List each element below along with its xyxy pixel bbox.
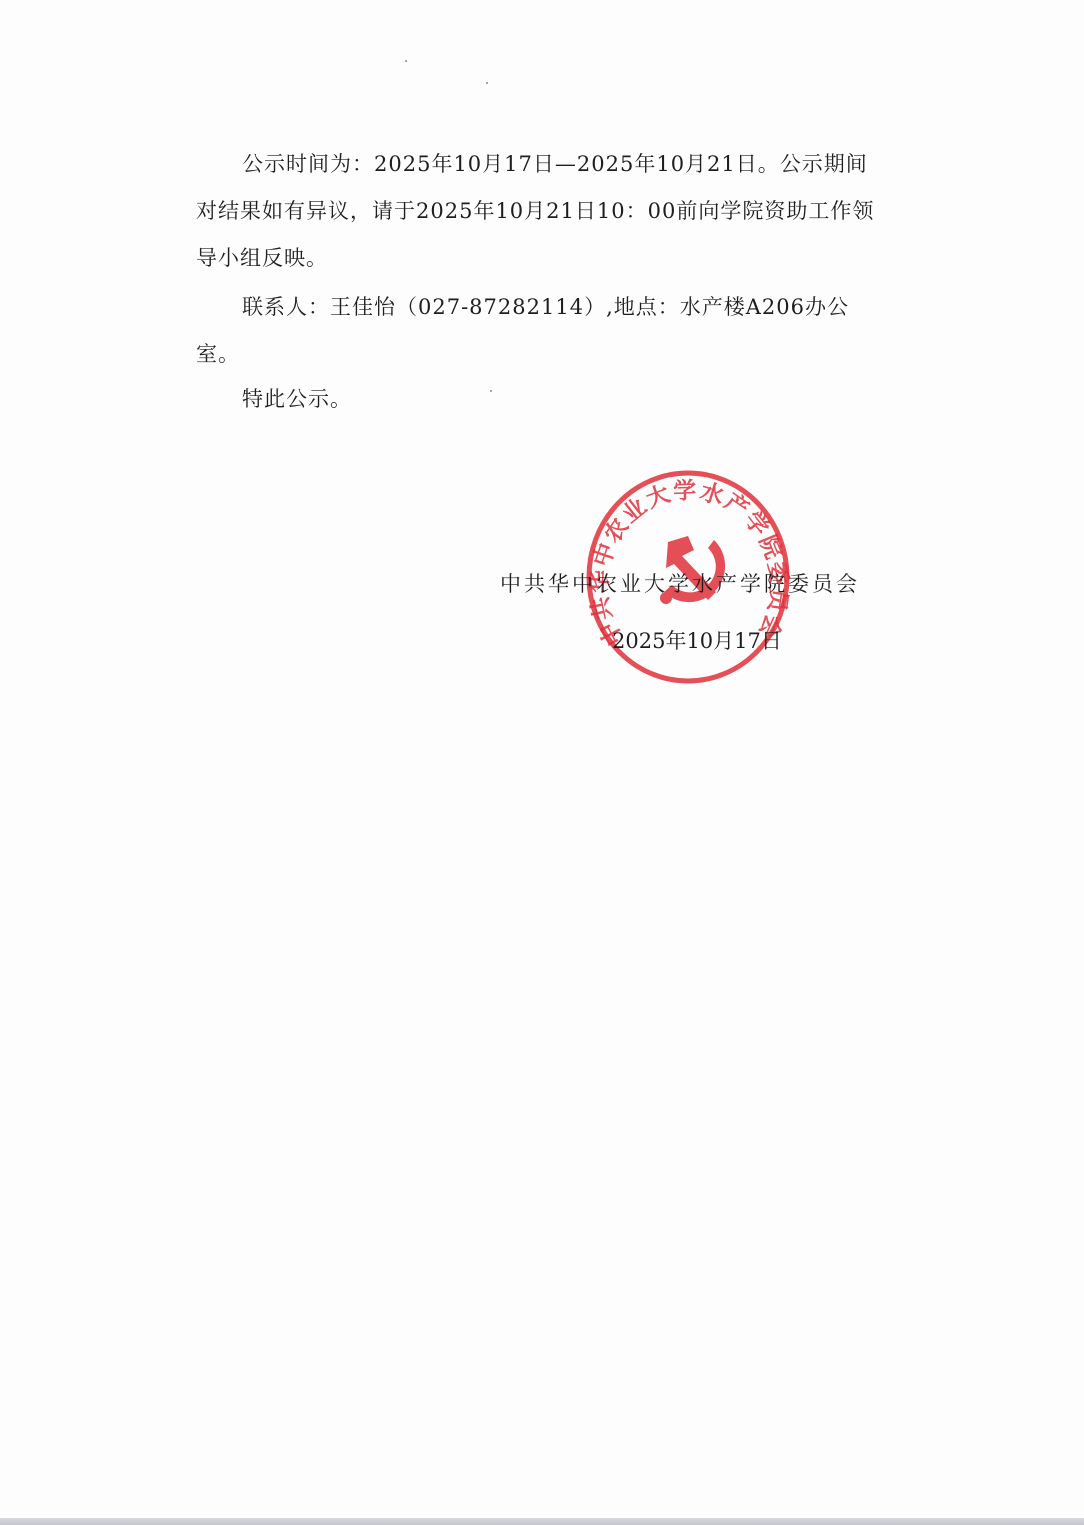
signature-date: 2025年10月17日 [612, 625, 782, 655]
notice-period-paragraph: 公示时间为：2025年10月17日—2025年10月21日。公示期间对结果如有异… [196, 141, 876, 282]
document-page: 公示时间为：2025年10月17日—2025年10月21日。公示期间对结果如有异… [0, 0, 1084, 1518]
signature-organization: 中共华中农业大学水产学院委员会 [500, 568, 860, 598]
closing-paragraph: 特此公示。 [196, 376, 876, 423]
viewer-bottom-edge [0, 1518, 1084, 1525]
contact-paragraph: 联系人：王佳怡（027-87282114）,地点：水产楼A206办公室。 [196, 284, 876, 378]
scan-speck [405, 60, 407, 62]
scan-speck [486, 82, 488, 84]
